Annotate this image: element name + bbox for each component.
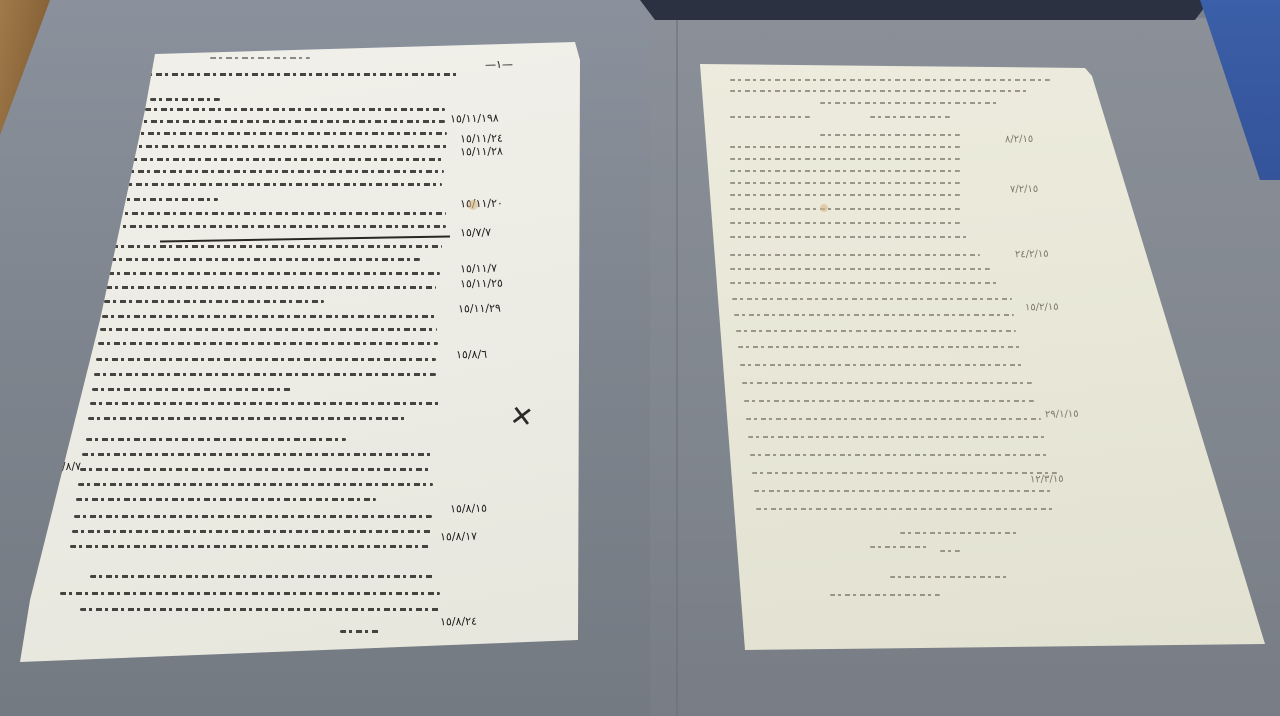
text-line [145, 108, 445, 111]
text-line [92, 388, 292, 391]
x-mark: ✕ [508, 399, 536, 435]
text-line [74, 515, 432, 518]
margin-date: ١٢/٣/١٥ [1030, 474, 1064, 486]
text-line [130, 145, 448, 148]
text-line [752, 472, 1057, 474]
text-line [736, 330, 1016, 332]
text-line [730, 158, 960, 160]
text-line [754, 490, 1054, 492]
margin-date: ١٥/٨/١٧ [440, 530, 477, 544]
text-line [830, 594, 940, 596]
stain [820, 204, 828, 212]
text-line [742, 382, 1032, 384]
text-line [122, 170, 444, 173]
text-line [744, 400, 1034, 402]
margin-date: ١٥/١١/٢٨ [460, 145, 503, 159]
text-line [94, 373, 436, 376]
text-line [730, 194, 960, 196]
margin-date: ٧/٢/١٥ [1010, 184, 1038, 195]
margin-date: ١٥/١١/١٩٨ [450, 112, 499, 126]
text-line [80, 468, 432, 471]
margin-date: ١٥/١١/٢٩ [458, 302, 501, 316]
text-line [730, 254, 980, 256]
text-line [820, 134, 960, 136]
text-line [114, 225, 446, 228]
text-line [80, 608, 440, 611]
stain [468, 200, 478, 210]
text-line [730, 222, 960, 224]
text-line [72, 530, 432, 533]
margin-date: ١٥/١١/٢٠ [460, 197, 503, 211]
text-line [890, 576, 1010, 578]
text-line [730, 170, 960, 172]
margin-date: ١٥/٧/٧ [460, 226, 491, 240]
text-line [135, 120, 445, 123]
photo-scene: —١— ١٥/١١ [0, 0, 1280, 716]
text-line [730, 182, 960, 184]
text-line [870, 546, 930, 548]
text-line [132, 132, 447, 135]
text-line [108, 272, 440, 275]
text-line [98, 342, 438, 345]
text-line [76, 498, 376, 501]
text-line [106, 286, 436, 289]
dark-frame-edge [640, 0, 1210, 20]
margin-date: ١٥/٢/١٥ [1025, 302, 1059, 314]
board-seam [676, 0, 678, 716]
text-line [88, 417, 408, 420]
text-line [750, 454, 1050, 456]
margin-date: ١٥/١١/٧ [460, 262, 497, 276]
title-line [140, 73, 460, 76]
text-line [110, 258, 420, 261]
text-line [125, 158, 445, 161]
header-line [210, 57, 310, 59]
text-line [730, 282, 1000, 284]
text-line [116, 212, 446, 215]
text-line [748, 436, 1048, 438]
text-line [120, 183, 442, 186]
text-line [86, 438, 346, 441]
margin-date: ٢٤/٢/١٥ [1015, 249, 1049, 261]
margin-date: ١٥/٨/٦ [456, 348, 487, 362]
margin-date: ٨/٢/١٥ [1005, 134, 1033, 145]
text-line [940, 550, 960, 552]
text-line [82, 453, 432, 456]
text-line [730, 79, 1050, 81]
text-line [112, 245, 442, 248]
text-line [730, 208, 960, 210]
text-line [900, 532, 1020, 534]
margin-date: ٢٩/١/١٥ [1045, 409, 1079, 421]
text-line [340, 630, 380, 633]
text-line [90, 402, 440, 405]
text-line [60, 592, 440, 595]
text-line [756, 508, 1056, 510]
text-line [734, 314, 1014, 316]
text-line [820, 102, 1000, 104]
text-line [746, 418, 1041, 420]
text-line [738, 346, 1023, 348]
text-line [730, 236, 970, 238]
text-line [730, 116, 810, 118]
text-line [104, 300, 324, 303]
text-line [730, 268, 990, 270]
text-line [740, 364, 1025, 366]
text-line [730, 146, 960, 148]
margin-date: ١٥/١١/٢٥ [460, 277, 503, 291]
page-number: —١— [485, 58, 513, 71]
text-line [118, 198, 218, 201]
text-line [870, 116, 950, 118]
margin-date: ١٥/٨/٢٤ [440, 615, 477, 629]
text-line [730, 90, 1030, 92]
margin-date: ١٥/٨/١٥ [450, 502, 487, 516]
text-line [100, 328, 437, 331]
text-line [96, 358, 436, 361]
underline-mark [160, 235, 450, 242]
text-line [732, 298, 1012, 300]
text-line [102, 315, 437, 318]
text-line [78, 483, 433, 486]
text-line [90, 575, 435, 578]
text-line [150, 98, 220, 101]
text-line [70, 545, 430, 548]
margin-date: ١٥/١١/٢٤ [460, 132, 503, 146]
